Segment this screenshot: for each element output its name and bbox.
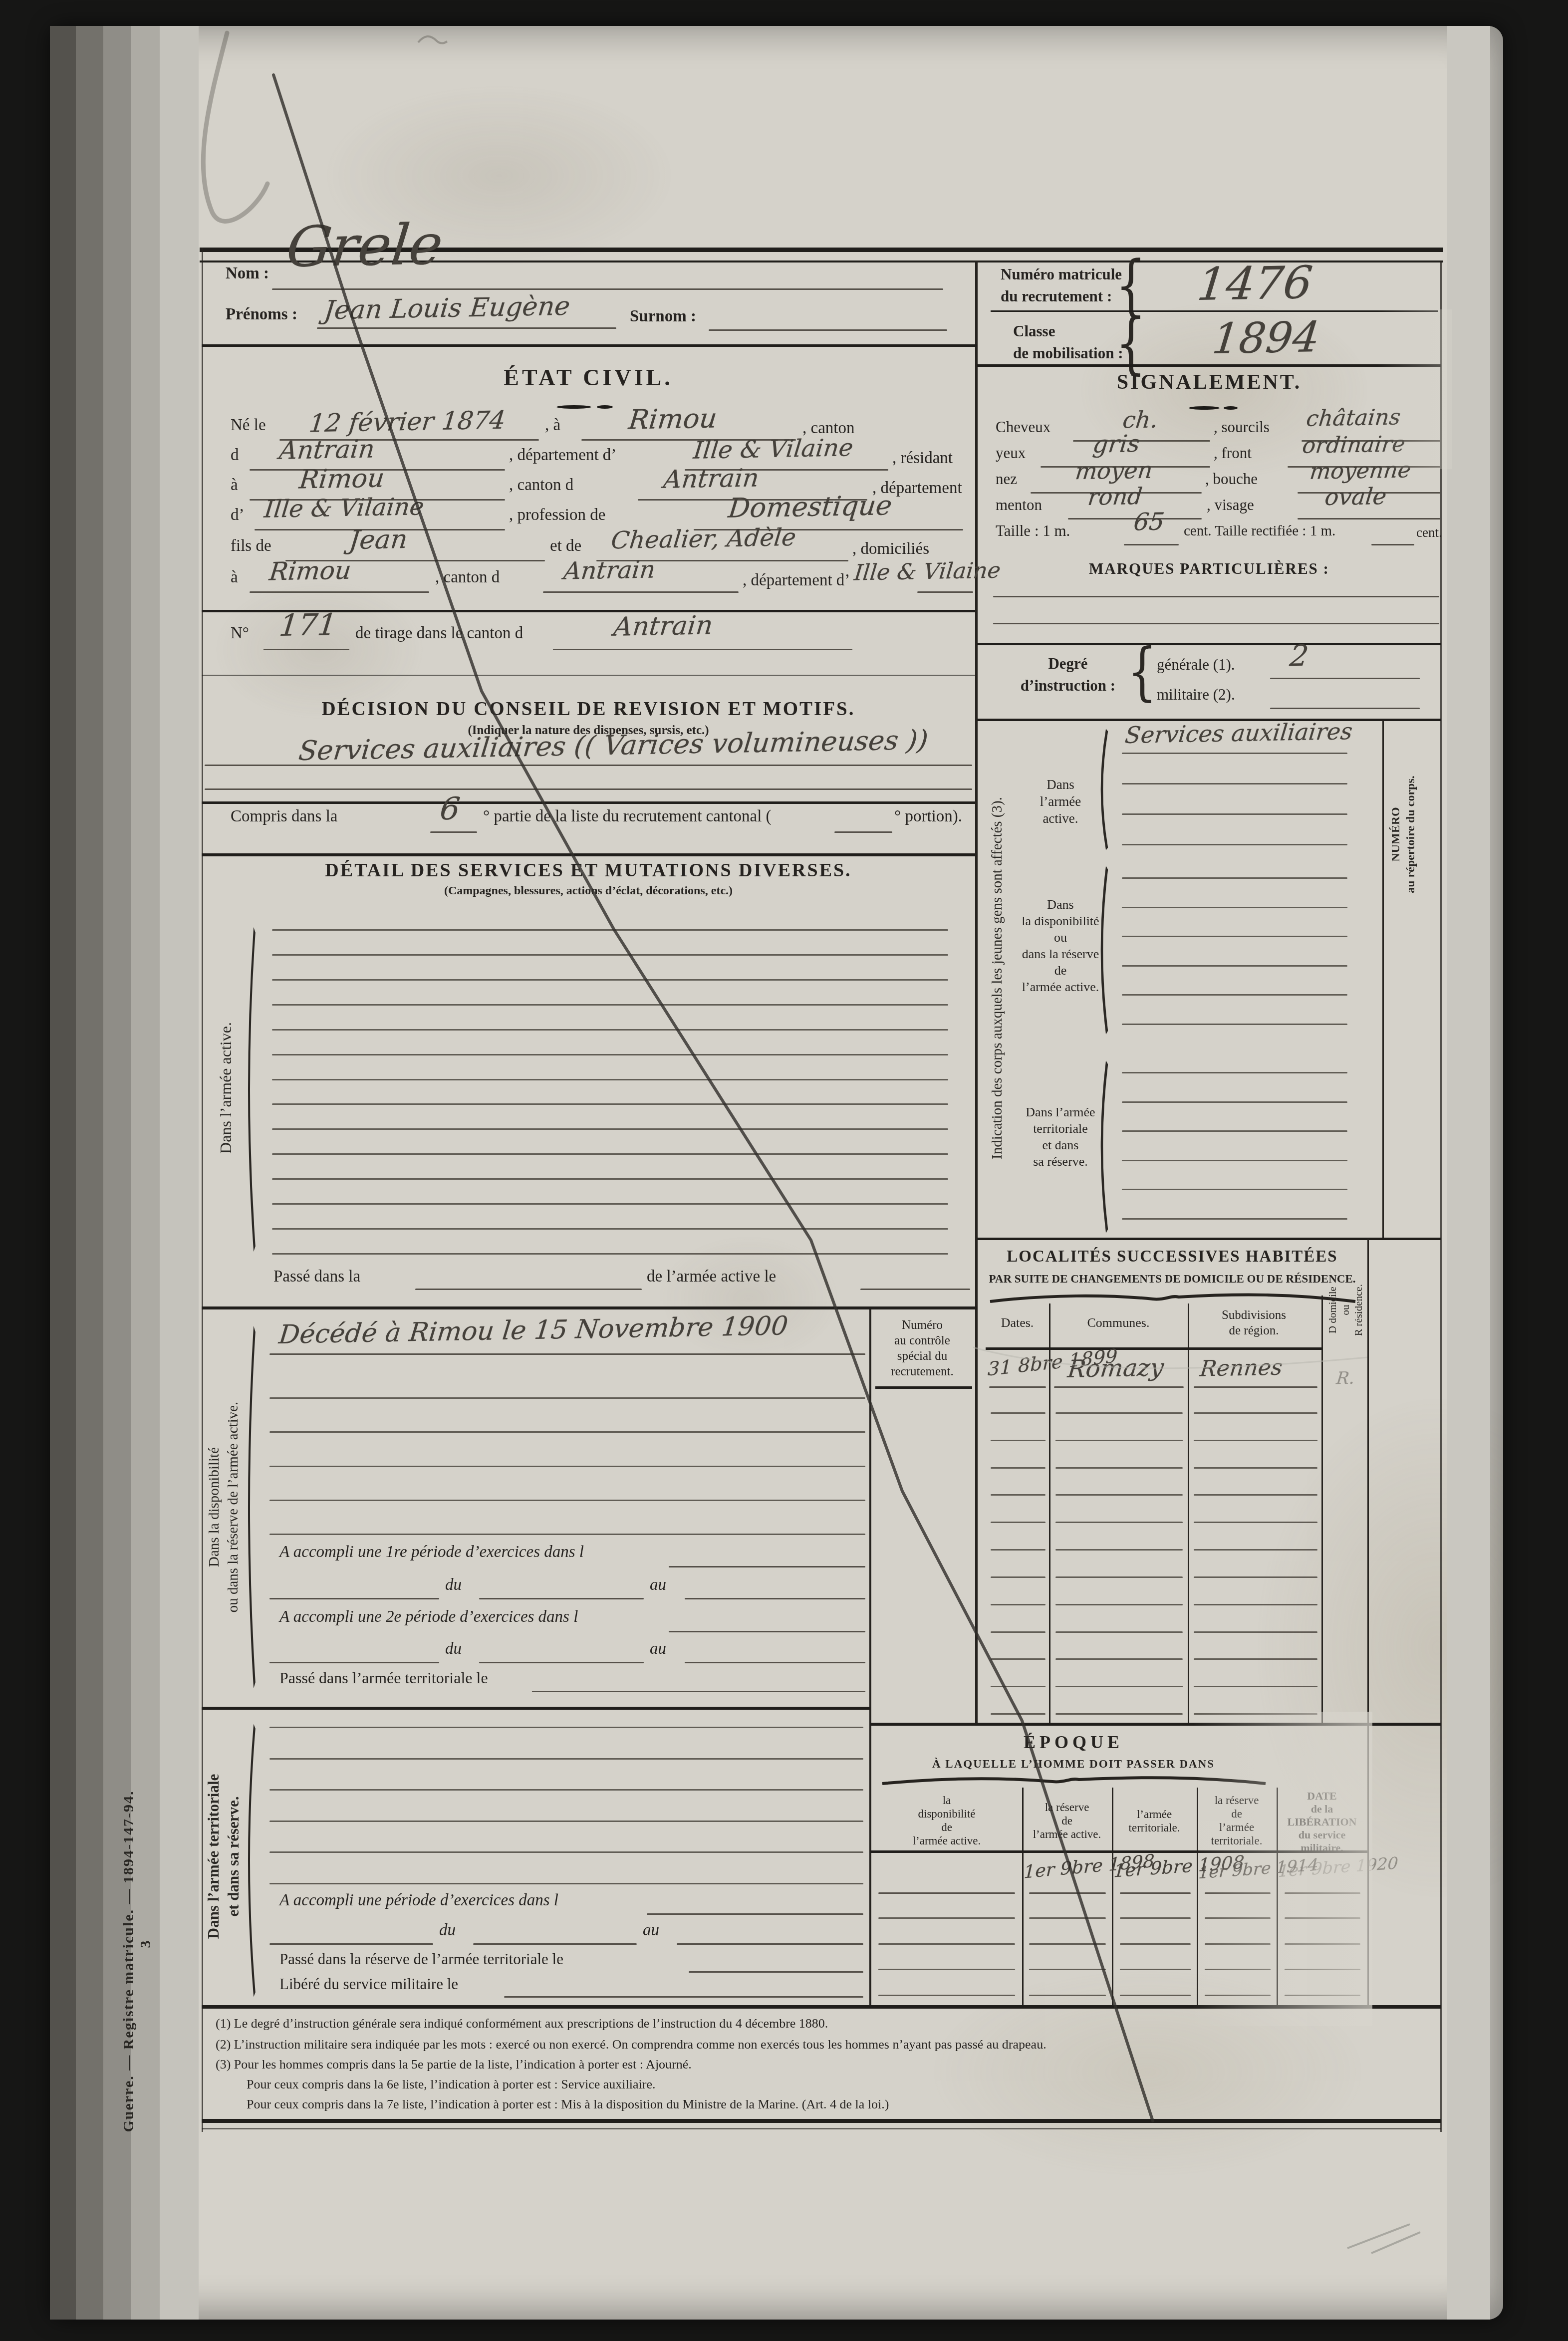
ruled-line: [1122, 753, 1347, 754]
footnote-2: (2) L’instruction militaire sera indiqué…: [216, 2037, 1046, 2052]
ruled-line: [269, 1534, 865, 1535]
tape-patch: [1193, 1712, 1372, 2026]
epoque-col-territoriale: l’armée territoriale.: [1114, 1808, 1195, 1834]
form-right-border: [1440, 260, 1442, 2132]
from-label: du: [439, 1921, 456, 1940]
ruled-line: [1120, 1969, 1191, 1970]
rule: [689, 1971, 863, 1973]
instruction-degree-label: Degré d’instruction :: [1018, 653, 1118, 697]
rule: [1194, 1386, 1317, 1388]
rule: [669, 1566, 865, 1567]
rule: [263, 649, 349, 650]
to-label: au: [650, 1640, 666, 1658]
rule: [977, 1238, 1441, 1240]
rule: [202, 801, 975, 804]
ruled-line: [1122, 994, 1347, 996]
corps-disponibilite-lines: [1122, 877, 1347, 1025]
rule: [669, 1631, 865, 1632]
ruled-line: [272, 1203, 948, 1205]
brace-icon: [243, 923, 256, 1256]
rule: [504, 1996, 863, 1998]
ruled-line: [1194, 1576, 1317, 1578]
rule: [202, 344, 977, 347]
rule: [269, 1353, 865, 1355]
ruled-line: [1122, 1072, 1347, 1073]
ruled-line: [1194, 1686, 1317, 1687]
tape-patch: [1377, 309, 1452, 469]
epoque-empty-lines: [1120, 1917, 1191, 1996]
residence-canton: Antrain: [662, 463, 761, 494]
birth-place: Rimou: [627, 402, 719, 435]
ruled-line: [1194, 1494, 1317, 1496]
ruled-line: [1122, 877, 1347, 879]
rule: [202, 1707, 870, 1710]
spine-label: Guerre. — Registre matricule. — 1894-147…: [120, 1790, 137, 2132]
rule: [202, 1306, 977, 1309]
military-instruction-label: militaire (2).: [1157, 686, 1235, 704]
ruled-line: [1122, 1189, 1347, 1190]
rule: [875, 1386, 972, 1389]
eyes-value: gris: [1091, 430, 1141, 459]
ruled-line: [272, 1128, 948, 1130]
ruled-line: [991, 1631, 1045, 1633]
ruled-line: [1055, 1549, 1183, 1551]
son-of-label: fils de: [231, 537, 271, 555]
ruled-line: [991, 1467, 1045, 1469]
rule: [677, 1943, 863, 1945]
ruled-line: [269, 1500, 865, 1501]
footnote-4: Pour ceux compris dans la 6e liste, l’in…: [247, 2077, 655, 2092]
released-label: Libéré du service militaire le: [279, 1975, 458, 1993]
localites-col-subdivisions: Subdivisions de région.: [1188, 1307, 1320, 1338]
detail-subtitle: (Campagnes, blessures, actions d’éclat, …: [202, 884, 975, 898]
rule: [977, 364, 1441, 367]
table-border: [1112, 1788, 1113, 2005]
ruled-line: [1122, 783, 1347, 784]
face-value: ovale: [1323, 483, 1388, 511]
column-border: [1382, 721, 1384, 1238]
ruled-line: [269, 1431, 865, 1433]
draw-canton: Antrain: [612, 610, 715, 642]
ruled-line: [1055, 1686, 1183, 1687]
ruled-line: [991, 1440, 1045, 1441]
ruled-line: [269, 1758, 863, 1760]
localites-title: LOCALITÉS SUCCESSIVES HABITÉES: [977, 1248, 1367, 1266]
rule: [272, 288, 943, 290]
period1-label: A accompli une 1re période d’exercices d…: [279, 1543, 584, 1561]
ruled-line: [991, 1494, 1045, 1496]
rule: [685, 1598, 865, 1599]
rule: [991, 310, 1438, 312]
ruled-line: [1029, 1969, 1106, 1970]
ruled-line: [991, 1658, 1045, 1660]
rule: [647, 1913, 863, 1915]
rule: [202, 2128, 1441, 2129]
nose-label: nez: [996, 470, 1017, 488]
chin-value: rond: [1086, 483, 1144, 511]
firstnames-label: Prénoms :: [226, 305, 297, 324]
ruled-line: [1194, 1658, 1317, 1660]
number-label: N°: [231, 624, 249, 643]
rule: [993, 596, 1439, 597]
of-label: d’: [231, 506, 245, 524]
at-label: à: [231, 568, 238, 587]
epoque-col-disponibilite: la disponibilité de l’armée active.: [873, 1794, 1020, 1847]
rule: [269, 1943, 433, 1945]
ruled-line: [1194, 1631, 1317, 1633]
column-divider: [869, 1308, 871, 2005]
scanned-register-page: Guerre. — Registre matricule. — 1894-147…: [0, 0, 1568, 2341]
canton-label: , canton d: [435, 568, 500, 587]
ruled-line: [272, 1103, 948, 1105]
localites-col-domicile-residence: D domicile ou R résidence.: [1326, 1284, 1365, 1336]
localites-subtitle: PAR SUITE DE CHANGEMENTS DE DOMICILE OU …: [977, 1273, 1367, 1286]
rule: [989, 1386, 1046, 1388]
dept-label: , département d’: [743, 571, 850, 590]
ruled-line: [1029, 1943, 1106, 1945]
table-border: [1022, 1788, 1024, 2005]
ruled-line: [272, 1079, 948, 1080]
rule: [202, 853, 975, 856]
father-name: Jean: [348, 524, 409, 555]
rule: [202, 2119, 1441, 2123]
ruled-line: [269, 1466, 865, 1467]
matricule-value: 1476: [1195, 257, 1315, 311]
height-label-b: cent. Taille rectifiée : 1 m.: [1184, 523, 1335, 539]
spine-imprint: Guerre. — Registre matricule. — 1894-147…: [103, 1790, 154, 2132]
draw-label: de tirage dans le canton d: [355, 624, 523, 643]
footnote-1: (1) Le degré d’instruction générale sera…: [216, 2016, 828, 2031]
ruled-line: [991, 1412, 1045, 1414]
ruled-line: [991, 1686, 1045, 1687]
residence-place: Rimou: [298, 464, 386, 495]
footnote-3: (3) Pour les hommes compris dans la 5e p…: [216, 2057, 692, 2072]
compris-label-c: ° portion).: [894, 807, 962, 826]
ornament-rule: [597, 405, 613, 409]
ruled-line: [269, 1883, 863, 1884]
general-instruction-label: générale (1).: [1157, 656, 1235, 674]
nose-value: moyen: [1074, 457, 1154, 485]
corps-territoriale-lines: [1122, 1072, 1347, 1220]
at-label: , à: [545, 416, 560, 435]
ruled-line: [1194, 1440, 1317, 1441]
rule: [532, 1691, 865, 1692]
ruled-line: [1194, 1467, 1317, 1469]
localites-col-communes: Communes.: [1049, 1315, 1188, 1330]
from-label: du: [445, 1576, 462, 1594]
rule: [1270, 678, 1420, 679]
domiciled-label: , domiciliés: [852, 540, 929, 558]
name-label: Nom :: [226, 264, 269, 283]
passed-reserve-label: Passé dans la réserve de l’armée territo…: [279, 1950, 563, 1968]
corps-territoriale-label: Dans l’armée territoriale et dans sa rés…: [1018, 1104, 1103, 1170]
ruled-line: [272, 1253, 948, 1255]
special-control-number-header: Numéro au contrôle spécial du recrutemen…: [872, 1317, 972, 1379]
ruled-line: [991, 1522, 1045, 1523]
rule: [834, 831, 892, 833]
etat-civil-title: ÉTAT CIVIL.: [202, 364, 975, 391]
passed-label-a: Passé dans la: [273, 1268, 360, 1286]
ruled-line: [1194, 1522, 1317, 1523]
residing-label: , résidant: [892, 449, 953, 468]
rule: [1029, 1892, 1106, 1894]
binding-edge: [160, 26, 199, 2320]
rule: [205, 765, 972, 766]
chin-label: menton: [996, 496, 1042, 514]
ruled-line: [1120, 1943, 1191, 1945]
ornament-rule: [1224, 406, 1238, 410]
ruled-line: [1055, 1631, 1183, 1633]
ornament-rule: [556, 405, 591, 409]
draw-number: 171: [277, 607, 338, 643]
name-value: Grele: [283, 212, 446, 279]
ruled-line: [269, 1851, 863, 1853]
ruled-line: [1194, 1549, 1317, 1551]
form-left-border: [202, 248, 203, 2132]
brace-icon: [1096, 864, 1108, 1036]
localites-row-domicile-flag: R.: [1335, 1368, 1356, 1389]
brace-icon: {: [1127, 635, 1157, 708]
ruled-line: [1055, 1658, 1183, 1660]
corps-side-label: Indication des corps auxquels les jeunes…: [989, 797, 1006, 1159]
rule: [317, 327, 616, 329]
rule: [993, 623, 1439, 624]
ruled-line: [272, 1054, 948, 1055]
brace-icon: [243, 1321, 256, 1693]
brace-icon: [243, 1721, 256, 2000]
rule: [553, 649, 852, 650]
height-label-a: Taille : 1 m.: [996, 522, 1070, 540]
ruled-line: [991, 1576, 1045, 1578]
profession-value: Domestique: [727, 490, 893, 524]
birth-dept: Ille & Vilaine: [692, 434, 855, 465]
table-border: [1188, 1303, 1189, 1723]
territoriale-lines: [269, 1727, 863, 1884]
ruled-line: [272, 1228, 948, 1230]
rule: [860, 1289, 970, 1290]
domicile-canton: Antrain: [562, 555, 657, 585]
corps-disponibilite-label: Dans la disponibilité ou dans la réserve…: [1018, 896, 1103, 995]
ruled-line: [1122, 1101, 1347, 1103]
epoque-col-reserve-active: la réserve de l’armée active.: [1024, 1801, 1110, 1841]
ruled-line: [269, 1397, 865, 1399]
rule: [709, 329, 947, 331]
ruled-line: [1122, 1218, 1347, 1220]
ruled-line: [1122, 813, 1347, 815]
eyebrows-label: , sourcils: [1214, 418, 1270, 436]
birth-canton: Antrain: [278, 434, 376, 465]
localites-dates-lines: [991, 1412, 1045, 1715]
corps-active-lines: [1122, 753, 1347, 845]
to-label: au: [650, 1576, 666, 1594]
and-of-label: et de: [550, 537, 581, 555]
rule: [269, 1598, 439, 1599]
ruled-line: [1194, 1412, 1317, 1414]
ruled-line: [878, 1969, 1015, 1970]
ruled-line: [878, 1917, 1015, 1919]
compris-label-a: Compris dans la: [231, 807, 337, 826]
passed-label-b: de l’armée active le: [647, 1268, 776, 1286]
ruled-line: [272, 1178, 948, 1180]
ruled-line: [1122, 1160, 1347, 1161]
ruled-line: [1194, 1604, 1317, 1605]
ruled-line: [991, 1549, 1045, 1551]
passed-territorial-label: Passé dans l’armée territoriale le: [279, 1669, 488, 1687]
residence-dept: Ille & Vilaine: [263, 493, 426, 523]
rule: [269, 1662, 439, 1663]
rule: [430, 831, 477, 833]
binding-edge: [50, 26, 76, 2320]
rule: [205, 788, 972, 790]
rule: [415, 1289, 642, 1290]
canton-label: , canton d: [509, 476, 573, 495]
localites-col-dates: Dates.: [986, 1315, 1049, 1330]
ruled-line: [991, 1713, 1045, 1715]
ruled-line: [272, 929, 948, 931]
ruled-line: [1122, 844, 1347, 845]
ruled-line: [1029, 1995, 1106, 1996]
ruled-line: [1029, 1917, 1106, 1919]
domicile-place: Rimou: [268, 556, 353, 586]
localites-communes-lines: [1055, 1412, 1183, 1715]
rule: [543, 591, 739, 593]
ornament-rule: [1189, 406, 1220, 410]
at-label: à: [231, 476, 238, 495]
eyes-label: yeux: [996, 444, 1026, 462]
corps-repertoire-number-label: NUMÉRO au répertoire du corps.: [1388, 776, 1418, 893]
hair-label: Cheveux: [996, 418, 1050, 436]
ruled-line: [1122, 907, 1347, 908]
rule: [986, 1347, 1321, 1350]
compris-label-b: ° partie de la liste du recrutement cant…: [483, 807, 772, 826]
ruled-line: [1120, 1917, 1191, 1919]
ruled-line: [1055, 1440, 1183, 1441]
from-label: du: [445, 1640, 462, 1658]
firstnames-value: Jean Louis Eugène: [322, 291, 571, 326]
localites-subdivisions-lines: [1194, 1412, 1317, 1715]
ruled-line: [269, 1789, 863, 1791]
height-value: 65: [1132, 508, 1166, 536]
epoque-empty-lines: [1029, 1917, 1106, 1996]
forehead-label: , front: [1214, 444, 1252, 462]
born-label: Né le: [231, 416, 266, 435]
ruled-line: [1055, 1522, 1183, 1523]
rule: [479, 1598, 644, 1599]
rule: [977, 643, 1441, 645]
general-instruction-value: 2: [1288, 639, 1310, 673]
spine-page-number: 3: [137, 1940, 154, 1948]
rule: [202, 675, 975, 676]
active-army-side-label: Dans l’armée active.: [217, 1022, 235, 1154]
ruled-line: [272, 1004, 948, 1006]
ruled-line: [272, 1029, 948, 1031]
ruled-line: [272, 979, 948, 981]
binding-edge: [76, 26, 103, 2320]
detail-title: DÉTAIL DES SERVICES ET MUTATIONS DIVERSE…: [202, 859, 975, 881]
brace-icon: [1096, 1059, 1108, 1235]
ruled-line: [1120, 1995, 1191, 1996]
rule: [1054, 1386, 1184, 1388]
ruled-line: [991, 1604, 1045, 1605]
swash-rule: [988, 1293, 1357, 1305]
corps-active-label: Dans l’armée active.: [1026, 776, 1095, 827]
ruled-line: [1055, 1412, 1183, 1414]
marks-label: MARQUES PARTICULIÈRES :: [977, 560, 1441, 578]
ruled-line: [1055, 1604, 1183, 1605]
column-divider: [975, 260, 978, 1725]
profession-label: , profession de: [509, 506, 605, 524]
to-label: au: [643, 1921, 659, 1940]
ruled-line: [878, 1943, 1015, 1945]
ruled-line: [269, 1821, 863, 1822]
ruled-line: [1055, 1576, 1183, 1578]
rule: [1124, 544, 1179, 545]
mother-name: Chealier, Adèle: [610, 523, 797, 554]
ruled-line: [1122, 1024, 1347, 1025]
dept-label: , département d’: [509, 446, 616, 465]
ruled-line: [1055, 1713, 1183, 1715]
rule: [917, 591, 973, 593]
rule: [1298, 518, 1440, 520]
disponibilite-side-label: Dans la disponibilité ou dans la réserve…: [205, 1402, 243, 1613]
decision-title: DÉCISION DU CONSEIL DE REVISION ET MOTIF…: [202, 698, 975, 720]
ruled-line: [269, 1727, 863, 1728]
of-label: d: [231, 446, 239, 465]
matricule-label: Numéro matricule du recrutement :: [1001, 263, 1122, 307]
rule: [878, 1892, 1015, 1894]
rule: [473, 1943, 637, 1945]
page-edge-right: [1447, 26, 1490, 2320]
ruled-line: [1122, 965, 1347, 967]
ruled-line: [272, 1153, 948, 1155]
corps-active-value: Services auxiliaires: [1124, 718, 1354, 749]
face-label: , visage: [1207, 496, 1254, 514]
classe-label: Classe de mobilisation :: [1013, 320, 1123, 364]
territoriale-side-label: Dans l’armée territoriale et dans sa rés…: [204, 1774, 244, 1939]
signalement-title: SIGNALEMENT.: [977, 370, 1441, 394]
birth-date: 12 février 1874: [308, 406, 507, 438]
height-label-c: cent.: [1416, 525, 1442, 540]
table-border: [1321, 1296, 1323, 1723]
rule: [1270, 708, 1420, 709]
rule: [479, 1662, 644, 1663]
active-army-lines: [272, 929, 948, 1255]
localites-row-commune: Romazy: [1066, 1353, 1165, 1383]
period2-label: A accompli une 2e période d’exercices da…: [279, 1608, 578, 1626]
period-label: A accompli une période d’exercices dans …: [279, 1891, 558, 1910]
rule: [685, 1662, 865, 1663]
localites-row-subdivision: Rennes: [1199, 1355, 1284, 1382]
ruled-line: [1122, 936, 1347, 937]
ruled-line: [272, 954, 948, 956]
ruled-line: [1122, 1130, 1347, 1132]
compris-number: 6: [438, 790, 462, 827]
mouth-label: , bouche: [1205, 470, 1258, 488]
disponibilite-lines: [269, 1397, 865, 1535]
rule: [1120, 1892, 1191, 1894]
rule: [250, 591, 429, 593]
epoque-empty-lines: [878, 1917, 1015, 1996]
footnote-5: Pour ceux compris dans la 7e liste, l’in…: [247, 2097, 889, 2112]
alias-label: Surnom :: [630, 307, 696, 326]
ruled-line: [878, 1995, 1015, 1996]
ruled-line: [1055, 1467, 1183, 1469]
ruled-line: [1055, 1494, 1183, 1496]
classe-value: 1894: [1210, 312, 1322, 363]
brace-icon: [1096, 728, 1108, 851]
rule: [1371, 544, 1414, 545]
